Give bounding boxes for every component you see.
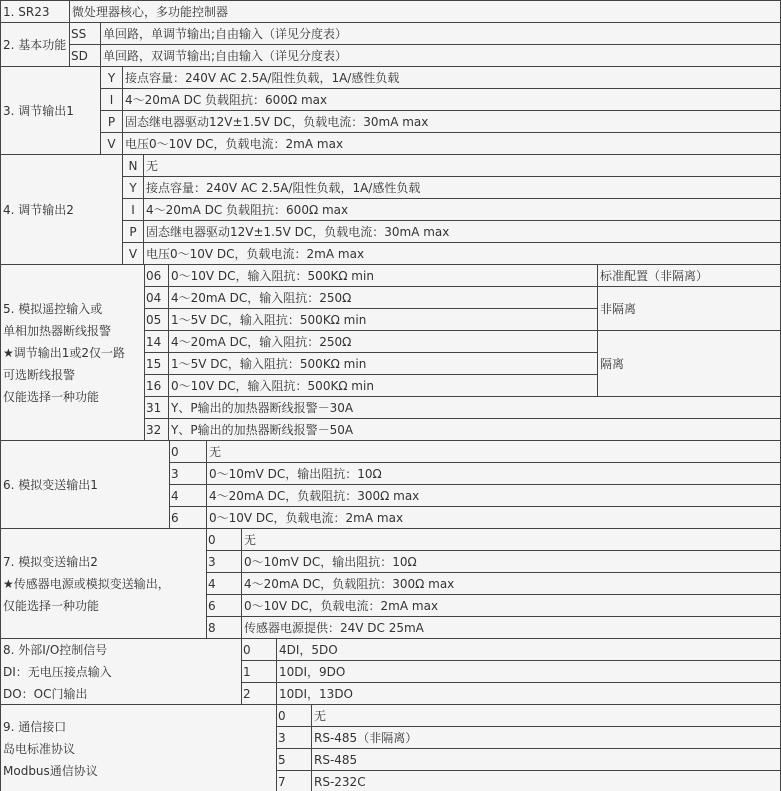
s4-code: Y [122, 176, 144, 199]
s5-desc: 1～5V DC，输入阻抗：500KΩ min [168, 352, 598, 375]
s5-code: 15 [144, 352, 169, 375]
s8-code: 2 [241, 682, 277, 705]
s8-desc: 10DI，9DO [276, 660, 781, 683]
s5-desc: Y、P输出的加热器断线报警－50A [168, 418, 781, 441]
s9-desc: 无 [311, 704, 781, 727]
s9-desc: RS-232C [311, 770, 781, 791]
s5-label-line: 可选断线报警 [3, 364, 75, 386]
s8-code: 1 [241, 660, 277, 683]
s8-label-line: 8. 外部I/O控制信号 [3, 639, 107, 661]
s9-code: 3 [276, 726, 312, 749]
s9-desc: RS-485（非隔离） [311, 726, 781, 749]
s4-label-line: 4. 调节输出2 [3, 199, 74, 221]
s6-desc: 无 [206, 440, 781, 463]
s8-code: 0 [241, 638, 277, 661]
s5-desc: 1～5V DC，输入阻抗：500KΩ min [168, 308, 598, 331]
s5-desc: 4～20mA DC，输入阻抗：250Ω [168, 286, 598, 309]
s5-desc: Y、P输出的加热器断线报警－30A [168, 396, 781, 419]
s7-desc: 0～10mV DC，输出阻抗：10Ω [241, 550, 781, 573]
s3-desc: 4～20mA DC 负载阻抗：600Ω max [122, 88, 781, 111]
s5-code: 14 [144, 330, 169, 353]
s7-label-line: 7. 模拟变送输出2 [3, 551, 98, 573]
s8-desc: 10DI，13DO [276, 682, 781, 705]
s4-code: N [122, 154, 144, 177]
s1-desc: 微处理器核心，多功能控制器 [69, 0, 781, 23]
s9-label-line: Modbus通信协议 [3, 760, 98, 782]
s5-label-line: ★调节输出1或2仅一路 [3, 342, 125, 364]
s6-desc: 0～10V DC，负载电流：2mA max [206, 506, 781, 529]
s4-code: P [122, 220, 144, 243]
s9-code: 0 [276, 704, 312, 727]
s6-code: 0 [169, 440, 207, 463]
s7-label: 7. 模拟变送输出2 ★传感器电源或模拟变送输出， 仅能选择一种功能 [0, 528, 207, 639]
s5-code: 32 [144, 418, 169, 441]
s8-label-line: DI：无电压接点输入 [3, 661, 112, 683]
s9-code: 7 [276, 770, 312, 791]
s7-code: 8 [206, 616, 242, 639]
s6-label: 6. 模拟变送输出1 [0, 440, 170, 529]
s7-code: 6 [206, 594, 242, 617]
s3-code: Y [100, 66, 123, 89]
s7-label-line: 仅能选择一种功能 [3, 595, 99, 617]
s5-note: 隔离 [597, 330, 781, 397]
s9-label-line: 9. 通信接口 [3, 716, 66, 738]
s2-label-line: 2. 基本功能 [3, 34, 66, 56]
s4-desc: 无 [143, 154, 781, 177]
s5-code: 06 [144, 264, 169, 287]
s3-desc: 固态继电器驱动12V±1.5V DC，负载电流：30mA max [122, 110, 781, 133]
s5-label-line: 仅能选择一种功能 [3, 386, 99, 408]
s5-note: 非隔离 [597, 286, 781, 331]
s6-desc: 4～20mA DC，负载阻抗：300Ω max [206, 484, 781, 507]
s8-label: 8. 外部I/O控制信号 DI：无电压接点输入 DO：OC门输出 [0, 638, 242, 705]
s2-desc: 单回路，双调节输出;自由输入（详见分度表） [100, 44, 781, 67]
s4-desc: 4～20mA DC 负载阻抗：600Ω max [143, 198, 781, 221]
s1-label: 1. SR23 [0, 0, 70, 23]
s8-label-line: DO：OC门输出 [3, 683, 88, 705]
s6-code: 6 [169, 506, 207, 529]
s3-desc: 接点容量：240V AC 2.5A/阻性负载，1A/感性负载 [122, 66, 781, 89]
s8-desc: 4DI，5DO [276, 638, 781, 661]
s4-code: I [122, 198, 144, 221]
s6-desc: 0～10mV DC，输出阻抗：10Ω [206, 462, 781, 485]
s6-label-line: 6. 模拟变送输出1 [3, 474, 98, 496]
s5-code: 16 [144, 374, 169, 397]
s7-desc: 0～10V DC，负载电流：2mA max [241, 594, 781, 617]
s2-code: SD [69, 44, 101, 67]
s5-label-line: 5. 模拟遥控输入或 [3, 298, 102, 320]
s5-label: 5. 模拟遥控输入或 单相加热器断线报警 ★调节输出1或2仅一路 可选断线报警 … [0, 264, 145, 441]
s9-desc: RS-485 [311, 748, 781, 771]
s9-label: 9. 通信接口 岛电标准协议 Modbus通信协议 [0, 704, 277, 791]
s9-label-line: 岛电标准协议 [3, 738, 75, 760]
s6-code: 4 [169, 484, 207, 507]
s5-desc: 4～20mA DC，输入阻抗：250Ω [168, 330, 598, 353]
s5-note: 标准配置（非隔离） [597, 264, 781, 287]
s7-label-line: ★传感器电源或模拟变送输出， [3, 573, 170, 595]
s3-code: P [100, 110, 123, 133]
s4-code: V [122, 242, 144, 265]
s2-code: SS [69, 22, 101, 45]
s4-desc: 电压0～10V DC，负载电流：2mA max [143, 242, 781, 265]
s9-code: 5 [276, 748, 312, 771]
s4-desc: 接点容量：240V AC 2.5A/阻性负载，1A/感性负载 [143, 176, 781, 199]
s7-code: 3 [206, 550, 242, 573]
s7-desc: 传感器电源提供：24V DC 25mA [241, 616, 781, 639]
s4-label: 4. 调节输出2 [0, 154, 123, 265]
s6-code: 3 [169, 462, 207, 485]
s3-label-line: 3. 调节输出1 [3, 100, 74, 122]
s5-desc: 0～10V DC，输入阻抗：500KΩ min [168, 264, 598, 287]
s3-code: V [100, 132, 123, 155]
s3-code: I [100, 88, 123, 111]
s2-desc: 单回路，单调节输出;自由输入（详见分度表） [100, 22, 781, 45]
s5-code: 31 [144, 396, 169, 419]
s3-label: 3. 调节输出1 [0, 66, 101, 155]
s5-code: 05 [144, 308, 169, 331]
s5-code: 04 [144, 286, 169, 309]
s2-label: 2. 基本功能 [0, 22, 70, 67]
s7-code: 4 [206, 572, 242, 595]
s7-desc: 无 [241, 528, 781, 551]
s4-desc: 固态继电器驱动12V±1.5V DC，负载电流：30mA max [143, 220, 781, 243]
s3-desc: 电压0～10V DC，负载电流：2mA max [122, 132, 781, 155]
s7-code: 0 [206, 528, 242, 551]
s5-desc: 0～10V DC，输入阻抗：500KΩ min [168, 374, 598, 397]
s5-label-line: 单相加热器断线报警 [3, 320, 111, 342]
s7-desc: 4～20mA DC，负载阻抗：300Ω max [241, 572, 781, 595]
